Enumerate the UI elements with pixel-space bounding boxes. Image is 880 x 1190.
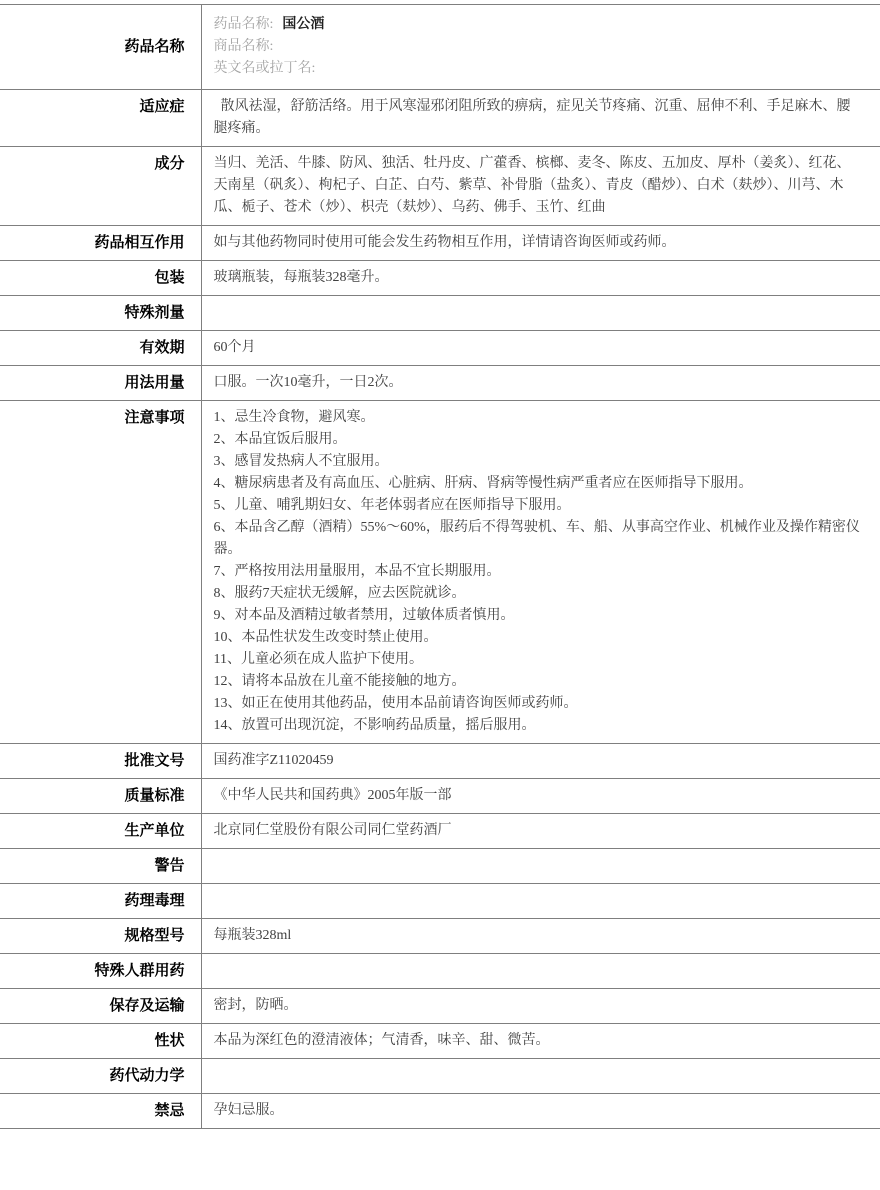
trade-name-line: 商品名称: bbox=[214, 36, 861, 58]
table-row: 成分 当归、羌活、牛膝、防风、独活、牡丹皮、广藿香、槟榔、麦冬、陈皮、五加皮、厚… bbox=[0, 147, 880, 226]
row-value: 如与其他药物同时使用可能会发生药物相互作用，详情请咨询医师或药师。 bbox=[201, 226, 880, 261]
row-label: 保存及运输 bbox=[0, 989, 201, 1024]
row-value bbox=[201, 849, 880, 884]
table-row: 特殊剂量 bbox=[0, 296, 880, 331]
row-value bbox=[201, 296, 880, 331]
row-label: 批准文号 bbox=[0, 744, 201, 779]
table-row-drug-name: 药品名称 药品名称:国公酒 商品名称: 英文名或拉丁名: bbox=[0, 5, 880, 90]
drug-info-table-body: 药品名称 药品名称:国公酒 商品名称: 英文名或拉丁名: 适应症 散风祛湿，舒筋… bbox=[0, 5, 880, 1129]
table-row: 性状 本品为深红色的澄清液体；气清香，味辛、甜、微苦。 bbox=[0, 1024, 880, 1059]
row-label: 质量标准 bbox=[0, 779, 201, 814]
drug-name-line: 药品名称:国公酒 bbox=[214, 14, 861, 36]
row-value bbox=[201, 1059, 880, 1094]
row-label: 药理毒理 bbox=[0, 884, 201, 919]
row-label: 规格型号 bbox=[0, 919, 201, 954]
row-label: 有效期 bbox=[0, 331, 201, 366]
table-row: 批准文号 国药准字Z11020459 bbox=[0, 744, 880, 779]
row-label: 包装 bbox=[0, 261, 201, 296]
row-value: 每瓶装328ml bbox=[201, 919, 880, 954]
table-row: 药代动力学 bbox=[0, 1059, 880, 1094]
drug-name-key: 药品名称: bbox=[214, 17, 274, 32]
drug-name-value: 国公酒 bbox=[282, 17, 324, 32]
table-row: 包装 玻璃瓶装，每瓶装328毫升。 bbox=[0, 261, 880, 296]
table-row: 有效期 60个月 bbox=[0, 331, 880, 366]
row-value bbox=[201, 884, 880, 919]
drug-name-cell: 药品名称:国公酒 商品名称: 英文名或拉丁名: bbox=[201, 5, 880, 90]
table-row: 保存及运输 密封，防晒。 bbox=[0, 989, 880, 1024]
table-row: 警告 bbox=[0, 849, 880, 884]
row-value: 密封，防晒。 bbox=[201, 989, 880, 1024]
row-label: 禁忌 bbox=[0, 1094, 201, 1129]
row-label: 成分 bbox=[0, 147, 201, 226]
row-label: 性状 bbox=[0, 1024, 201, 1059]
row-value: 《中华人民共和国药典》2005年版一部 bbox=[201, 779, 880, 814]
drug-info-page: 药品名称 药品名称:国公酒 商品名称: 英文名或拉丁名: 适应症 散风祛湿，舒筋… bbox=[0, 0, 880, 1129]
table-row: 用法用量 口服。一次10毫升，一日2次。 bbox=[0, 366, 880, 401]
latin-name-line: 英文名或拉丁名: bbox=[214, 58, 861, 80]
row-value: 60个月 bbox=[201, 331, 880, 366]
row-label: 药品名称 bbox=[0, 5, 201, 90]
row-value: 散风祛湿，舒筋活络。用于风寒湿邪闭阻所致的痹病，症见关节疼痛、沉重、屈伸不利、手… bbox=[201, 90, 880, 147]
trade-name-key: 商品名称: bbox=[214, 39, 274, 54]
row-label: 特殊人群用药 bbox=[0, 954, 201, 989]
row-value: 孕妇忌服。 bbox=[201, 1094, 880, 1129]
row-label: 警告 bbox=[0, 849, 201, 884]
table-row: 质量标准 《中华人民共和国药典》2005年版一部 bbox=[0, 779, 880, 814]
table-row: 药理毒理 bbox=[0, 884, 880, 919]
row-value: 当归、羌活、牛膝、防风、独活、牡丹皮、广藿香、槟榔、麦冬、陈皮、五加皮、厚朴（姜… bbox=[201, 147, 880, 226]
row-label: 注意事项 bbox=[0, 401, 201, 744]
row-value: 本品为深红色的澄清液体；气清香，味辛、甜、微苦。 bbox=[201, 1024, 880, 1059]
row-value: 1、忌生冷食物，避风寒。 2、本品宜饭后服用。 3、感冒发热病人不宜服用。 4、… bbox=[201, 401, 880, 744]
drug-info-table: 药品名称 药品名称:国公酒 商品名称: 英文名或拉丁名: 适应症 散风祛湿，舒筋… bbox=[0, 4, 880, 1129]
row-label: 生产单位 bbox=[0, 814, 201, 849]
latin-name-key: 英文名或拉丁名: bbox=[214, 61, 316, 76]
table-row: 规格型号 每瓶装328ml bbox=[0, 919, 880, 954]
table-row: 注意事项 1、忌生冷食物，避风寒。 2、本品宜饭后服用。 3、感冒发热病人不宜服… bbox=[0, 401, 880, 744]
row-label: 用法用量 bbox=[0, 366, 201, 401]
table-row: 特殊人群用药 bbox=[0, 954, 880, 989]
row-label: 特殊剂量 bbox=[0, 296, 201, 331]
row-value: 国药准字Z11020459 bbox=[201, 744, 880, 779]
row-value: 北京同仁堂股份有限公司同仁堂药酒厂 bbox=[201, 814, 880, 849]
row-value bbox=[201, 954, 880, 989]
row-label: 适应症 bbox=[0, 90, 201, 147]
row-value: 口服。一次10毫升，一日2次。 bbox=[201, 366, 880, 401]
table-row: 生产单位 北京同仁堂股份有限公司同仁堂药酒厂 bbox=[0, 814, 880, 849]
row-value: 玻璃瓶装，每瓶装328毫升。 bbox=[201, 261, 880, 296]
row-label: 药代动力学 bbox=[0, 1059, 201, 1094]
table-row: 禁忌 孕妇忌服。 bbox=[0, 1094, 880, 1129]
table-row: 药品相互作用 如与其他药物同时使用可能会发生药物相互作用，详情请咨询医师或药师。 bbox=[0, 226, 880, 261]
table-row: 适应症 散风祛湿，舒筋活络。用于风寒湿邪闭阻所致的痹病，症见关节疼痛、沉重、屈伸… bbox=[0, 90, 880, 147]
row-label: 药品相互作用 bbox=[0, 226, 201, 261]
